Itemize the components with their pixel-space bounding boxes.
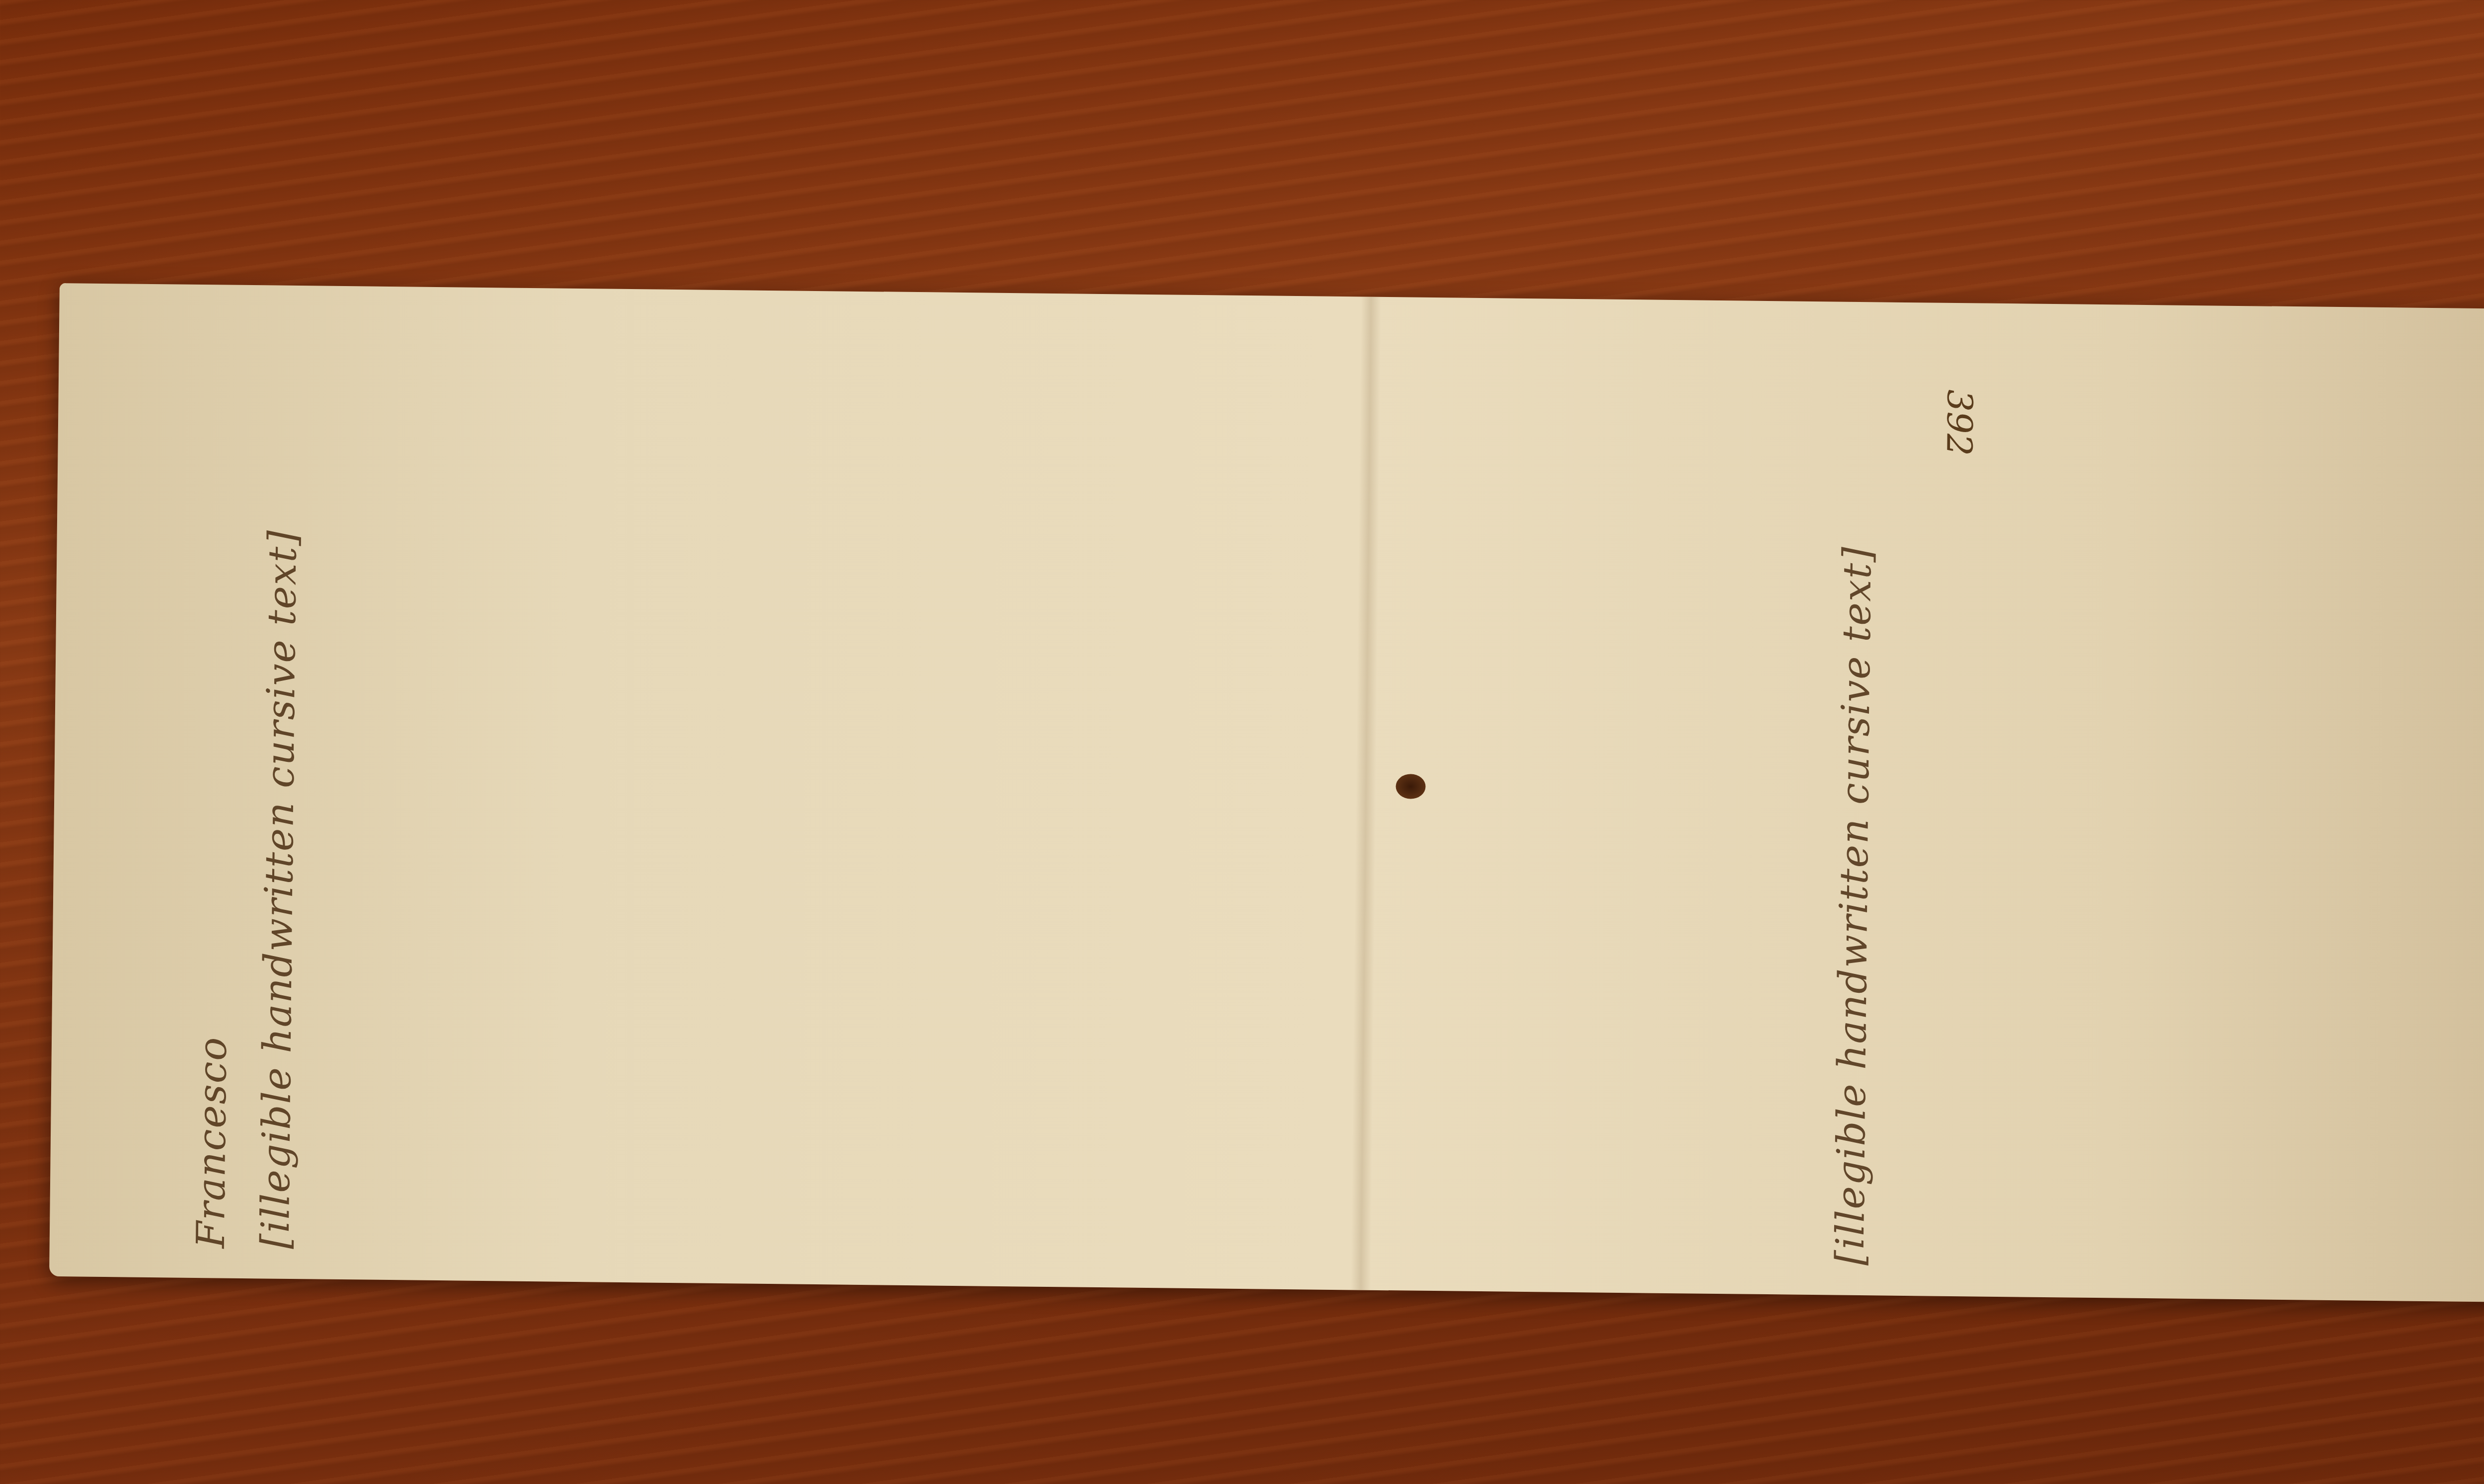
main-text-block: Francesco [illegible handwritten cursive… [179,314,1779,1264]
handwritten-text: [illegible handwritten cursive text] [1818,331,1892,1265]
handwritten-text: [illegible handwritten cursive text] [243,315,318,1249]
manuscript-page: 392 Francesco [illegible handwritten cur… [49,283,2484,1303]
second-entry-block: [illegible handwritten cursive text] [1818,331,2484,1273]
heading: Francesco [179,314,253,1249]
